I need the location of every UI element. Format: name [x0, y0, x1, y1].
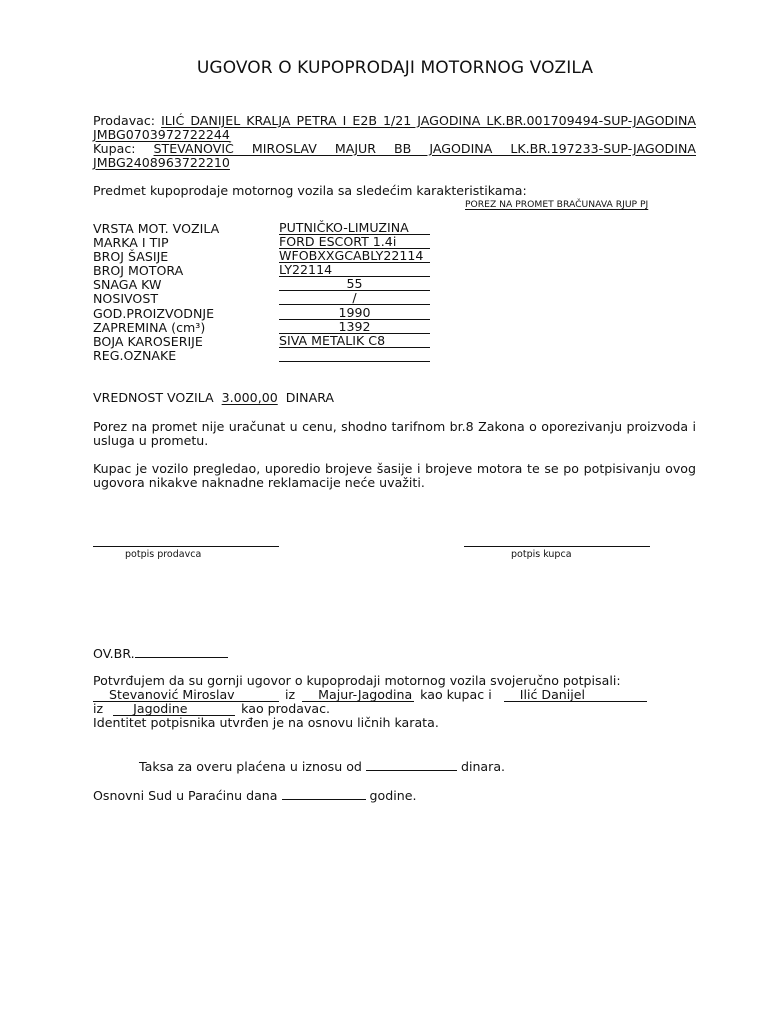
spec-label-registration: REG.OZNAKE: [93, 348, 176, 363]
fee-amount-blank: [366, 759, 457, 771]
spec-value-power: 55: [279, 277, 430, 291]
spec-label-vehicle-type: VRSTA MOT. VOZILA: [93, 221, 219, 236]
spec-value-registration: [279, 348, 430, 362]
seller-label: Prodavac:: [93, 113, 155, 128]
spec-value-body-color: SIVA METALIK C8: [279, 334, 430, 348]
ov-br-line: OV.BR.: [93, 646, 228, 661]
spec-label-year: GOD.PROIZVODNJE: [93, 306, 214, 321]
spec-value-chassis: WFOBXXGCABLY22114: [279, 249, 430, 263]
spec-label-power: SNAGA KW: [93, 277, 161, 292]
cert-as-buyer: kao kupac i: [420, 687, 492, 702]
buyer-label: Kupac:: [93, 141, 136, 156]
spec-label-payload: NOSIVOST: [93, 291, 158, 306]
cert-from-word-1: iz: [285, 687, 295, 702]
cert-buyer-name-field: Stevanović Miroslav: [93, 688, 279, 702]
vehicle-value-label: VREDNOST VOZILA: [93, 390, 214, 405]
spec-label-displacement: ZAPREMINA (cm³): [93, 320, 205, 335]
tax-note: POREZ NA PROMET BRAČUNAVA RJUP PJ: [465, 199, 648, 210]
seller-jmbg: JMBG0703972722244: [93, 128, 230, 142]
spec-label-body-color: BOJA KAROSERIJE: [93, 334, 203, 349]
vehicle-value-line: VREDNOST VOZILA 3.000,00 DINARA: [93, 391, 334, 405]
tax-paragraph: Porez na promet nije uračunat u cenu, sh…: [93, 420, 696, 448]
fee-line: Taksa za overu plaćena u iznosu od dinar…: [139, 759, 505, 774]
buyer-signature-line: [464, 546, 650, 547]
spec-value-engine: LY22114: [279, 263, 430, 277]
vehicle-value-amount: 3.000,00: [222, 390, 278, 405]
buyer-jmbg: JMBG2408963722210: [93, 156, 230, 170]
contract-page: UGOVOR O KUPOPRODAJI MOTORNOG VOZILA Pro…: [0, 0, 768, 1024]
seller-block: Prodavac: ILIĆ DANIJEL KRALJA PETRA I E2…: [93, 114, 696, 128]
spec-value-year: 1990: [279, 306, 430, 320]
spec-value-payload: /: [279, 291, 430, 305]
vehicle-value-currency: DINARA: [286, 390, 334, 405]
confirm-text: Potvrđujem da su gornji ugovor o kupopro…: [93, 674, 621, 688]
subject-intro: Predmet kupoprodaje motornog vozila sa s…: [93, 184, 527, 198]
spec-label-make-model: MARKA I TIP: [93, 235, 169, 250]
seller-place-line: iz Jagodine kao prodavac.: [93, 702, 330, 716]
spec-label-engine: BROJ MOTORA: [93, 263, 183, 278]
seller-signature-label: potpis prodavca: [125, 549, 201, 560]
cert-buyer-place-field: Majur-Jagodina: [302, 688, 414, 702]
spec-value-make-model: FORD ESCORT 1.4i: [279, 235, 430, 249]
inspection-paragraph: Kupac je vozilo pregledao, uporedio broj…: [93, 462, 696, 490]
document-title: UGOVOR O KUPOPRODAJI MOTORNOG VOZILA: [0, 58, 768, 78]
spec-value-displacement: 1392: [279, 320, 430, 334]
cert-from-word-2: iz: [93, 701, 103, 716]
buyer-details: STEVANOVIĆ MIROSLAV MAJUR BB JAGODINA LK…: [154, 141, 696, 156]
spec-value-vehicle-type: PUTNIČKO-LIMUZINA: [279, 221, 430, 235]
identity-text: Identitet potpisnika utvrđen je na osnov…: [93, 716, 439, 730]
court-line: Osnovni Sud u Paraćinu dana godine.: [93, 788, 416, 803]
ov-br-label: OV.BR.: [93, 646, 135, 661]
buyer-signature-label: potpis kupca: [511, 549, 572, 560]
ov-br-blank: [135, 646, 228, 658]
cert-seller-place-field: Jagodine: [113, 702, 235, 716]
signers-line: Stevanović Miroslav iz Majur-Jagodina ka…: [93, 688, 647, 702]
spec-label-chassis: BROJ ŠASIJE: [93, 249, 168, 264]
court-date-blank: [282, 788, 366, 800]
seller-details: ILIĆ DANIJEL KRALJA PETRA I E2B 1/21 JAG…: [161, 113, 696, 128]
buyer-block: Kupac: STEVANOVIĆ MIROSLAV MAJUR BB JAGO…: [93, 142, 696, 156]
cert-seller-name-field: Ilić Danijel: [504, 688, 647, 702]
seller-signature-line: [93, 546, 279, 547]
cert-as-seller: kao prodavac.: [241, 701, 330, 716]
